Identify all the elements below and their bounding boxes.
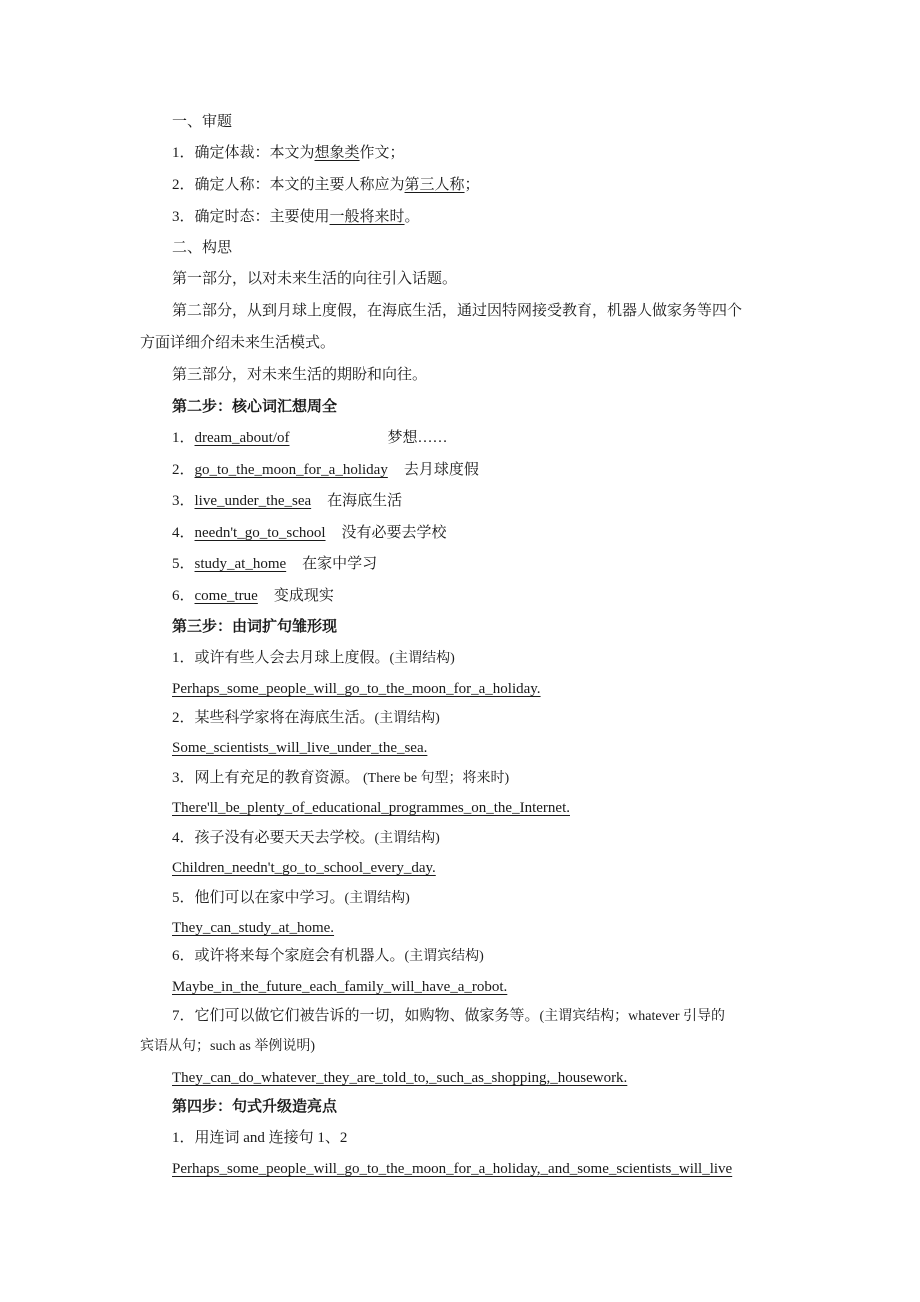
sentence-answer: Perhaps_some_people_will_go_to_the_moon_… — [172, 679, 541, 699]
step-4-heading: 第四步：句式升级造亮点 — [172, 1097, 337, 1117]
prompt-text: 7．它们可以做它们被告诉的一切，如购物、做家务等。 — [172, 1008, 540, 1024]
vocab-phrase: needn't_go_to_school — [195, 525, 326, 541]
answer-text: 想象类 — [315, 145, 360, 161]
vocab-phrase: come_true — [195, 588, 258, 604]
vocab-item: 4．needn't_go_to_school没有必要去学校 — [172, 523, 447, 543]
sentence-prompt: 3．网上有充足的教育资源。 (There be 句型；将来时) — [172, 768, 509, 789]
analysis-item-genre: 1．确定体裁：本文为想象类作文； — [172, 143, 405, 163]
item-number: 3． — [172, 493, 195, 509]
section-heading-analysis: 一、审题 — [172, 112, 232, 132]
vocab-meaning: 在家中学习 — [302, 556, 377, 572]
vocab-meaning: 在海底生活 — [327, 493, 402, 509]
sentence-answer: They_can_study_at_home. — [172, 918, 334, 938]
outline-part-1: 第一部分，以对未来生活的向往引入话题。 — [172, 269, 457, 289]
item-number: 4． — [172, 525, 195, 541]
sentence-answer: Maybe_in_the_future_each_family_will_hav… — [172, 977, 507, 997]
sentence-prompt: 7．它们可以做它们被告诉的一切，如购物、做家务等。(主谓宾结构；whatever… — [172, 1006, 725, 1027]
item-number: 6． — [172, 588, 195, 604]
grammar-note: (主谓宾结构；whatever 引导的 — [540, 1009, 725, 1024]
vocab-item: 1．dream_about/of梦想…… — [172, 428, 448, 448]
vocab-phrase: study_at_home — [195, 556, 287, 572]
sentence-answer: Children_needn't_go_to_school_every_day. — [172, 858, 436, 878]
vocab-item: 5．study_at_home在家中学习 — [172, 554, 377, 574]
item-suffix: 作文； — [360, 145, 405, 161]
vocab-item: 3．live_under_the_sea在海底生活 — [172, 491, 402, 511]
outline-part-2-continued: 方面详细介绍未来生活模式。 — [140, 333, 335, 353]
section-heading-outline: 二、构思 — [172, 238, 232, 258]
vocab-phrase: live_under_the_sea — [195, 493, 312, 509]
answer-text: 一般将来时 — [330, 209, 405, 225]
upgrade-prompt: 1．用连词 and 连接句 1、2 — [172, 1128, 347, 1148]
vocab-meaning: 梦想…… — [387, 430, 447, 446]
vocab-meaning: 变成现实 — [274, 588, 334, 604]
grammar-note: (主谓结构) — [345, 891, 410, 906]
upgrade-answer: Perhaps_some_people_will_go_to_the_moon_… — [172, 1159, 732, 1179]
answer-text: 第三人称 — [405, 177, 465, 193]
vocab-item: 6．come_true变成现实 — [172, 586, 334, 606]
sentence-prompt: 4．孩子没有必要天天去学校。(主谓结构) — [172, 828, 440, 849]
item-label: 2．确定人称：本文的主要人称应为 — [172, 177, 405, 193]
grammar-note: (主谓结构) — [375, 831, 440, 846]
item-label: 3．确定时态：主要使用 — [172, 209, 330, 225]
step-3-heading: 第三步：由词扩句雏形现 — [172, 617, 337, 637]
prompt-text: 3．网上有充足的教育资源。 — [172, 770, 360, 786]
vocab-phrase: dream_about/of — [195, 430, 290, 446]
sentence-prompt: 1．或许有些人会去月球上度假。(主谓结构) — [172, 648, 455, 669]
item-number: 2． — [172, 462, 195, 478]
sentence-prompt: 6．或许将来每个家庭会有机器人。(主谓宾结构) — [172, 946, 484, 967]
grammar-note-continued: 宾语从句；such as 举例说明) — [140, 1037, 315, 1057]
vocab-phrase: go_to_the_moon_for_a_holiday — [195, 462, 388, 478]
sentence-answer: They_can_do_whatever_they_are_told_to,_s… — [172, 1068, 627, 1088]
item-number: 1． — [172, 430, 195, 446]
sentence-answer: Some_scientists_will_live_under_the_sea. — [172, 738, 427, 758]
outline-part-2: 第二部分，从到月球上度假，在海底生活，通过因特网接受教育，机器人做家务等四个 — [172, 301, 742, 321]
analysis-item-tense: 3．确定时态：主要使用一般将来时。 — [172, 207, 420, 227]
prompt-text: 4．孩子没有必要天天去学校。 — [172, 830, 375, 846]
outline-part-3: 第三部分，对未来生活的期盼和向往。 — [172, 365, 427, 385]
grammar-note: (主谓宾结构) — [405, 949, 484, 964]
sentence-answer: There'll_be_plenty_of_educational_progra… — [172, 798, 570, 818]
vocab-item: 2．go_to_the_moon_for_a_holiday去月球度假 — [172, 460, 479, 480]
prompt-text: 6．或许将来每个家庭会有机器人。 — [172, 948, 405, 964]
grammar-note: (主谓结构) — [390, 651, 455, 666]
analysis-item-person: 2．确定人称：本文的主要人称应为第三人称； — [172, 175, 480, 195]
sentence-prompt: 5．他们可以在家中学习。(主谓结构) — [172, 888, 410, 909]
sentence-prompt: 2．某些科学家将在海底生活。(主谓结构) — [172, 708, 440, 729]
vocab-meaning: 没有必要去学校 — [342, 525, 447, 541]
prompt-text: 5．他们可以在家中学习。 — [172, 890, 345, 906]
grammar-note: (There be 句型；将来时) — [360, 771, 510, 786]
vocab-meaning: 去月球度假 — [404, 462, 479, 478]
item-suffix: 。 — [405, 209, 420, 225]
item-number: 5． — [172, 556, 195, 572]
item-label: 1．确定体裁：本文为 — [172, 145, 315, 161]
grammar-note: (主谓结构) — [375, 711, 440, 726]
step-2-heading: 第二步：核心词汇想周全 — [172, 397, 337, 417]
prompt-text: 1．或许有些人会去月球上度假。 — [172, 650, 390, 666]
item-suffix: ； — [465, 177, 480, 193]
prompt-text: 2．某些科学家将在海底生活。 — [172, 710, 375, 726]
